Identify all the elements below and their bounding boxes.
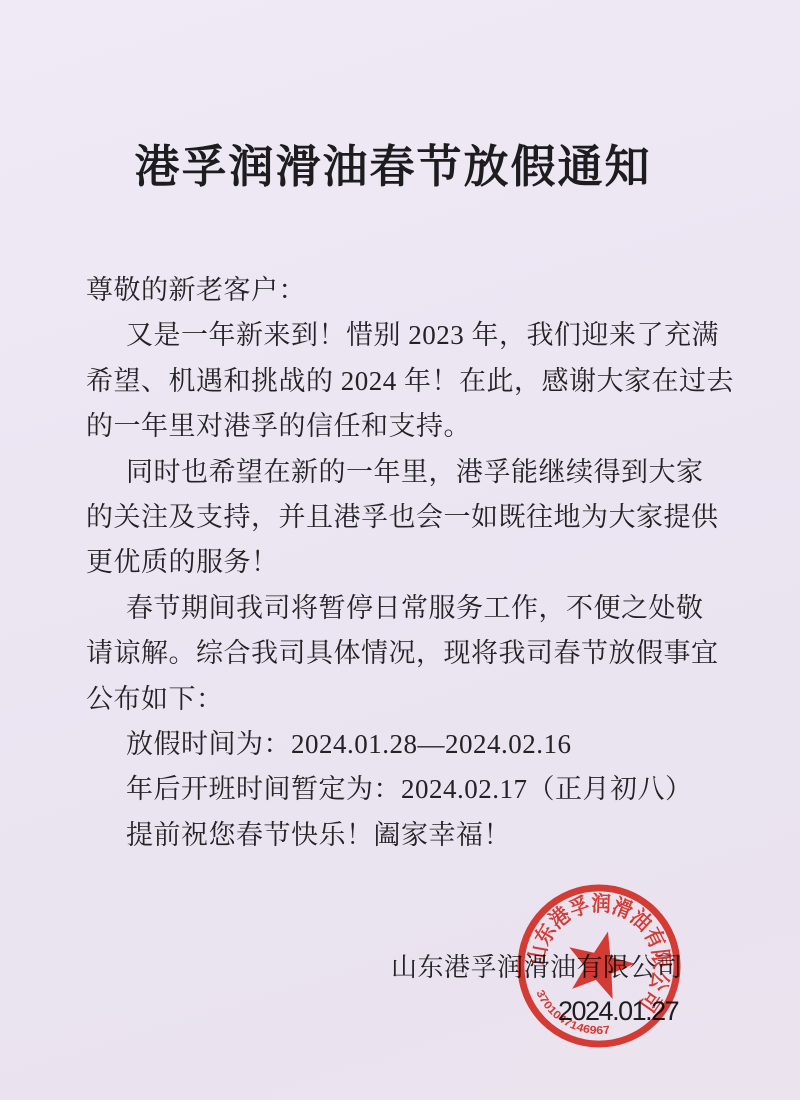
greeting-line: 尊敬的新老客户： (86, 268, 746, 313)
body-line: 的一年里对港孚的信任和支持。 (86, 404, 746, 449)
seal-number-arc-text: 3701047146967 (533, 988, 610, 1037)
body-line: 的关注及支持，并且港孚也会一如既往地为大家提供 (86, 495, 746, 540)
reopen-date-line: 年后开班时间暂定为：2024.02.17（正月初八） (86, 767, 746, 812)
seal-star-icon (560, 923, 641, 1002)
body-line: 又是一年新来到！惜别 2023 年，我们迎来了充满 (86, 313, 746, 358)
scanned-letter-page: 港孚润滑油春节放假通知 尊敬的新老客户： 又是一年新来到！惜别 2023 年，我… (0, 0, 800, 1100)
body-line: 公布如下： (86, 677, 746, 722)
wishes-line: 提前祝您春节快乐！阖家幸福！ (86, 813, 746, 858)
body-line: 请谅解。综合我司具体情况，现将我司春节放假事宜 (86, 631, 746, 676)
body-line: 春节期间我司将暂停日常服务工作，不便之处敬 (86, 586, 746, 631)
body-line: 希望、机遇和挑战的 2024 年！在此，感谢大家在过去 (86, 359, 746, 404)
letter-title: 港孚润滑油春节放假通知 (0, 138, 786, 196)
body-line: 同时也希望在新的一年里，港孚能继续得到大家 (86, 450, 746, 495)
company-seal-stamp: 山东港孚润滑油有限公司 3701047146967 (514, 881, 684, 1051)
body-line: 更优质的服务！ (86, 540, 746, 585)
letter-body: 尊敬的新老客户： 又是一年新来到！惜别 2023 年，我们迎来了充满 希望、机遇… (86, 268, 746, 858)
holiday-dates-line: 放假时间为：2024.01.28—2024.02.16 (86, 722, 746, 767)
